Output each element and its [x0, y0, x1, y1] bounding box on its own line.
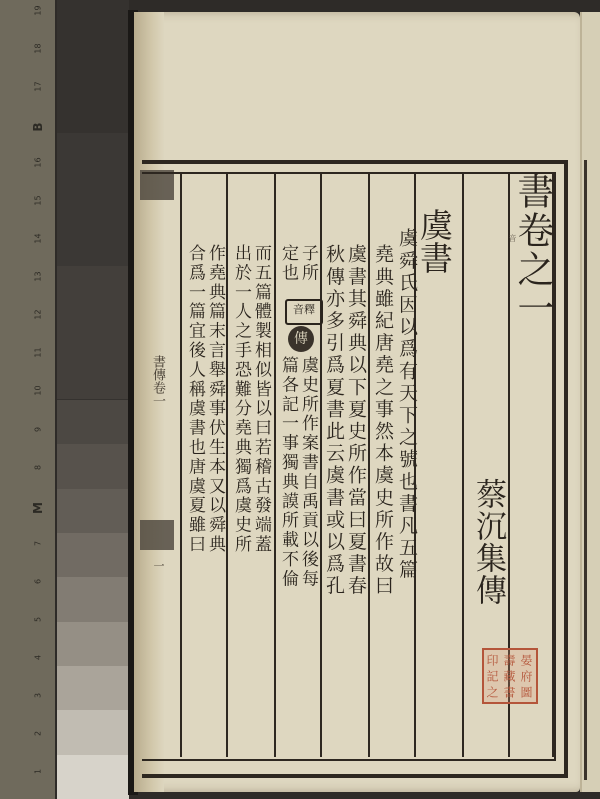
column-rule [320, 174, 322, 757]
column-rule [368, 174, 370, 757]
seal-character: 印 [483, 652, 500, 668]
ruler-tick-label: 6 [34, 571, 43, 591]
ruler-tick-label: 3 [34, 685, 43, 705]
margin-annotation: 音 [507, 234, 518, 242]
gray-swatch [57, 622, 129, 666]
column-rule [462, 174, 464, 757]
ruler-tick-label: B [31, 117, 45, 137]
text-column-7-left: 合爲一篇宜後人稱虞書也唐虞夏雖曰 [185, 244, 205, 554]
boxed-marker-yinshi: 音釋 [285, 299, 323, 325]
text-column-7-right: 作堯典篇末言舉舜事伏生本又以舜典 [205, 244, 225, 554]
gray-swatch [57, 444, 129, 488]
seal-character: 記 [483, 668, 500, 684]
ruler-tick-label: 11 [34, 343, 43, 363]
ruler-tick-label: 17 [34, 77, 43, 97]
text-column-6-right: 而五篇體製相似皆以曰若稽古發端蓋 [251, 244, 271, 554]
ruler-tick-label: 10 [34, 381, 43, 401]
ruler-tick-label: 2 [34, 723, 43, 743]
seal-character: 晏 [517, 652, 534, 668]
adjacent-page-frame [584, 160, 597, 780]
ruler-tick-label: 14 [34, 229, 43, 249]
gray-swatch [57, 0, 129, 133]
text-column-5-left-bottom: 篇各記一事獨典謨所載不倫 [278, 356, 298, 589]
ruler-tick-label: 15 [34, 191, 43, 211]
seal-character: 圖 [517, 684, 534, 700]
gray-swatch [57, 266, 129, 399]
gray-swatch [57, 710, 129, 754]
gray-swatch [57, 133, 129, 266]
ruler-tick-label: 9 [34, 419, 43, 439]
text-column-5-right-top: 子所 [298, 244, 318, 283]
ruler-tick-label: 4 [34, 647, 43, 667]
text-column-6-left: 出於一人之手恐難分堯典獨爲虞史所 [231, 244, 251, 554]
text-column-2: 堯典雖紀唐堯之事然本虞史所作故曰 [372, 244, 394, 598]
volume-title: 書卷之一 [512, 172, 552, 328]
gray-swatch [57, 533, 129, 577]
section-heading: 虞書 [416, 208, 452, 274]
ruler-tick-label: M [31, 498, 45, 518]
grayscale-calibration-bar [57, 0, 129, 799]
text-column-5-right-bottom: 虞史所作案書自禹貢以後每 [298, 356, 318, 589]
text-column-5-left-top: 定也 [278, 244, 298, 283]
ruler-tick-label: 7 [34, 533, 43, 553]
column-rule [274, 174, 276, 757]
author-line: 蔡沉集傳 [472, 478, 504, 606]
ruler-tick-label: 16 [34, 153, 43, 173]
ruler-tick-label: 13 [34, 267, 43, 287]
ruler-tick-label: 18 [34, 39, 43, 59]
gray-swatch [57, 577, 129, 621]
red-seal-stamp: 晏府圖壽藏書印記之 [482, 648, 538, 704]
gray-swatch [57, 755, 129, 799]
seal-character: 府 [517, 668, 534, 684]
ruler-tick-label: 5 [34, 609, 43, 629]
color-calibration-ruler: 191817B1615141312111098M7654321 [0, 0, 55, 799]
gray-swatch [57, 666, 129, 710]
seal-character: 壽 [500, 652, 517, 668]
text-column-4: 秋傳亦多引爲夏書此云虞書或以爲孔 [323, 244, 345, 598]
column-rule [180, 174, 182, 757]
gray-swatch [57, 400, 129, 444]
column-rule [226, 174, 228, 757]
ruler-tick-label: 1 [34, 761, 43, 781]
gray-swatch [57, 489, 129, 533]
seal-character: 藏 [500, 668, 517, 684]
ruler-tick-label: 12 [34, 305, 43, 325]
ruler-tick-label: 8 [34, 457, 43, 477]
circled-marker-zhuan: 傳 [288, 326, 314, 352]
text-column-3: 虞書其舜典以下夏史所作當曰夏書春 [345, 244, 367, 598]
seal-character: 之 [483, 684, 500, 700]
text-column-1: 虞舜氏因以爲有天下之號也書凡五篇 [396, 228, 418, 582]
ruler-tick-label: 19 [34, 1, 43, 21]
seal-character: 書 [500, 684, 517, 700]
